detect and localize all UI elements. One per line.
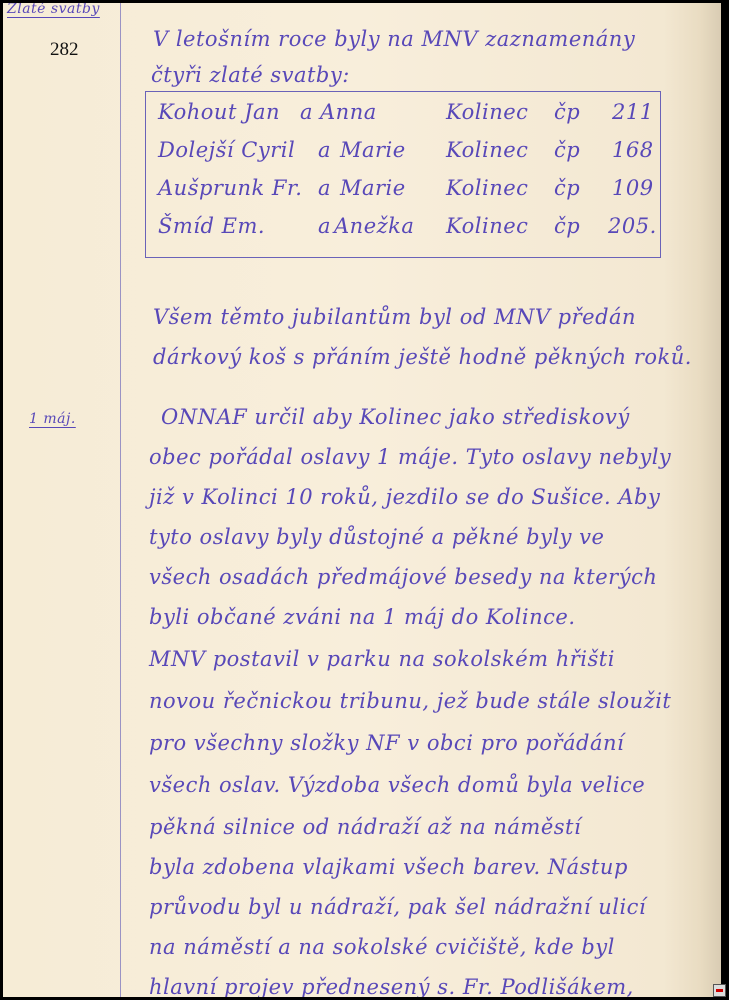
jubilants-line-1: Všem těmto jubilantům byl od MNV předán <box>153 305 636 329</box>
couple-place: Kolinec <box>446 138 528 162</box>
table-row: Aušprunk Fr. a Marie Kolinec čp 109 <box>158 176 658 206</box>
intro-line-1: V letošním roce byly na MNV zaznamenány <box>153 27 635 51</box>
couple-name: Kohout Jan <box>158 100 280 124</box>
couple-conj: a <box>318 214 331 238</box>
may-day-line-14: na náměstí a na sokolské cvičiště, kde b… <box>149 935 615 959</box>
may-day-line-5: všech osadách předmájové besedy na který… <box>149 565 657 589</box>
table-row: Šmíd Em. a Anežka Kolinec čp 205. <box>158 214 658 244</box>
couple-cp: čp <box>554 100 580 124</box>
may-day-line-4: tyto oslavy byly důstojné a pěkné byly v… <box>149 525 604 549</box>
couple-number: 211 <box>612 100 654 124</box>
couple-name: Dolejší Cyril <box>158 138 295 162</box>
intro-line-2: čtyři zlaté svatby: <box>151 63 350 87</box>
couple-place: Kolinec <box>446 100 528 124</box>
may-day-line-2: obec pořádal oslavy 1 máje. Tyto oslavy … <box>149 445 671 469</box>
margin-rule <box>120 3 121 997</box>
couple-place: Kolinec <box>446 214 528 238</box>
may-day-line-3: již v Kolinci 10 roků, jezdilo se do Suš… <box>149 485 660 509</box>
may-day-line-15: hlavní projev přednesený s. Fr. Podlišák… <box>149 975 634 997</box>
couple-conj: a <box>300 100 313 124</box>
couples-table: Kohout Jan a Anna Kolinec čp 211 Dolejší… <box>145 91 661 258</box>
couple-cp: čp <box>554 214 580 238</box>
may-day-line-12: byla zdobena vlajkami všech barev. Nástu… <box>149 855 628 879</box>
may-day-line-7: MNV postavil v parku na sokolském hřišti <box>149 647 615 671</box>
may-day-line-10: všech oslav. Výzdoba všech domů byla vel… <box>149 773 645 797</box>
table-row: Dolejší Cyril a Marie Kolinec čp 168 <box>158 138 658 168</box>
page-number: 282 <box>50 39 79 61</box>
table-row: Kohout Jan a Anna Kolinec čp 211 <box>158 100 658 130</box>
scanned-page: Zlaté svatby 282 V letošním roce byly na… <box>3 3 721 997</box>
may-day-line-6: byli občané zváni na 1 máj do Kolince. <box>149 605 576 629</box>
may-day-line-11: pěkná silnice od nádraží až na náměstí <box>149 815 581 839</box>
couple-conj: a <box>318 176 331 200</box>
may-day-line-13: průvodu byl u nádraží, pak šel nádražní … <box>149 895 646 919</box>
couple-name: Aušprunk Fr. <box>158 176 302 200</box>
margin-note-golden-weddings: Zlaté svatby <box>7 3 100 17</box>
couple-spouse: Marie <box>340 138 406 162</box>
minimize-icon[interactable] <box>713 984 726 997</box>
jubilants-line-2: dárkový koš s přáním ještě hodně pěkných… <box>153 345 692 369</box>
may-day-line-9: pro všechny složky NF v obci pro pořádán… <box>149 731 624 755</box>
couple-number: 205. <box>608 214 657 238</box>
couple-cp: čp <box>554 176 580 200</box>
may-day-line-8: novou řečnickou tribunu, jež bude stále … <box>149 689 671 713</box>
may-day-line-1: ONNAF určil aby Kolinec jako střediskový <box>161 405 630 429</box>
couple-number: 109 <box>612 176 654 200</box>
margin-note-may-day: 1 máj. <box>29 411 76 427</box>
couple-spouse: Marie <box>340 176 406 200</box>
couple-place: Kolinec <box>446 176 528 200</box>
couple-name: Šmíd Em. <box>158 214 265 238</box>
couple-number: 168 <box>612 138 654 162</box>
couple-spouse: Anna <box>320 100 377 124</box>
couple-spouse: Anežka <box>334 214 414 238</box>
couple-cp: čp <box>554 138 580 162</box>
couple-conj: a <box>318 138 331 162</box>
